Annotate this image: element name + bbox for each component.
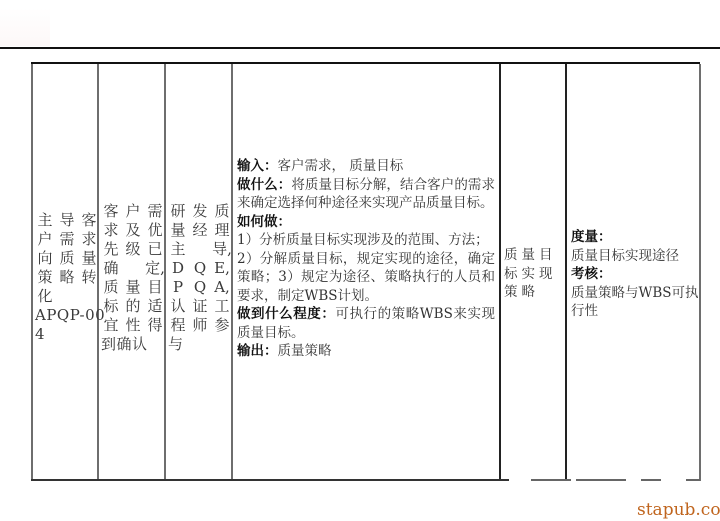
cell-activity-name: 主导客 户需求 向质量 策略转 化 APQP-00 4 (35, 211, 99, 344)
degree-label: 做到什么程度： (237, 306, 335, 322)
cell-roles: 研发质 量经理 主导, DQE, PQA, 认证工 程师参 与 (168, 202, 232, 354)
table-border-bottom (31, 479, 509, 481)
table-border-right (699, 64, 701, 481)
column-divider (499, 64, 501, 481)
measure-label: 度量： (571, 229, 612, 245)
input-label: 输入： (237, 158, 278, 174)
cell-output: 质量目标实现策略 (504, 246, 562, 302)
table-border-bottom-broken (686, 479, 700, 481)
site-watermark: stapub.com (637, 500, 720, 520)
output-label: 输出： (237, 343, 278, 359)
table-border-bottom-broken (576, 479, 626, 481)
cell-entry-criteria: 客户需 求及优 先级已 确定, 质量目 标的适 宜性得 到确认 (101, 202, 165, 354)
cell-activity-description: 输入：客户需求， 质量目标 做什么：将质量目标分解，结合客户的需求来确定选择何种… (237, 157, 495, 361)
assess-label: 考核： (571, 266, 612, 282)
how-step-1: 1）分析质量目标实现涉及的范围、方法； (237, 231, 495, 250)
measure-text: 质量目标实现途径 (571, 247, 699, 266)
faded-logo (0, 8, 50, 46)
what-label: 做什么： (237, 177, 291, 193)
column-divider (565, 64, 567, 481)
assess-text: 质量策略与WBS可执行性 (571, 284, 699, 321)
table-border-bottom-broken (641, 479, 661, 481)
table-border-left (31, 64, 33, 481)
header-rule (0, 47, 720, 49)
process-code: APQP-00 (35, 306, 99, 325)
how-label: 如何做： (237, 214, 291, 230)
how-step-2-3: 2）分解质量目标，规定实现的途径，确定策略；3）规定为途径、策略执行的人员和要求… (237, 250, 495, 306)
process-table: 主导客 户需求 向质量 策略转 化 APQP-00 4 客户需 求及优 先级已 … (31, 62, 700, 481)
cell-metrics: 度量： 质量目标实现途径 考核： 质量策略与WBS可执行性 (571, 228, 699, 321)
table-border-bottom-broken (531, 479, 571, 481)
